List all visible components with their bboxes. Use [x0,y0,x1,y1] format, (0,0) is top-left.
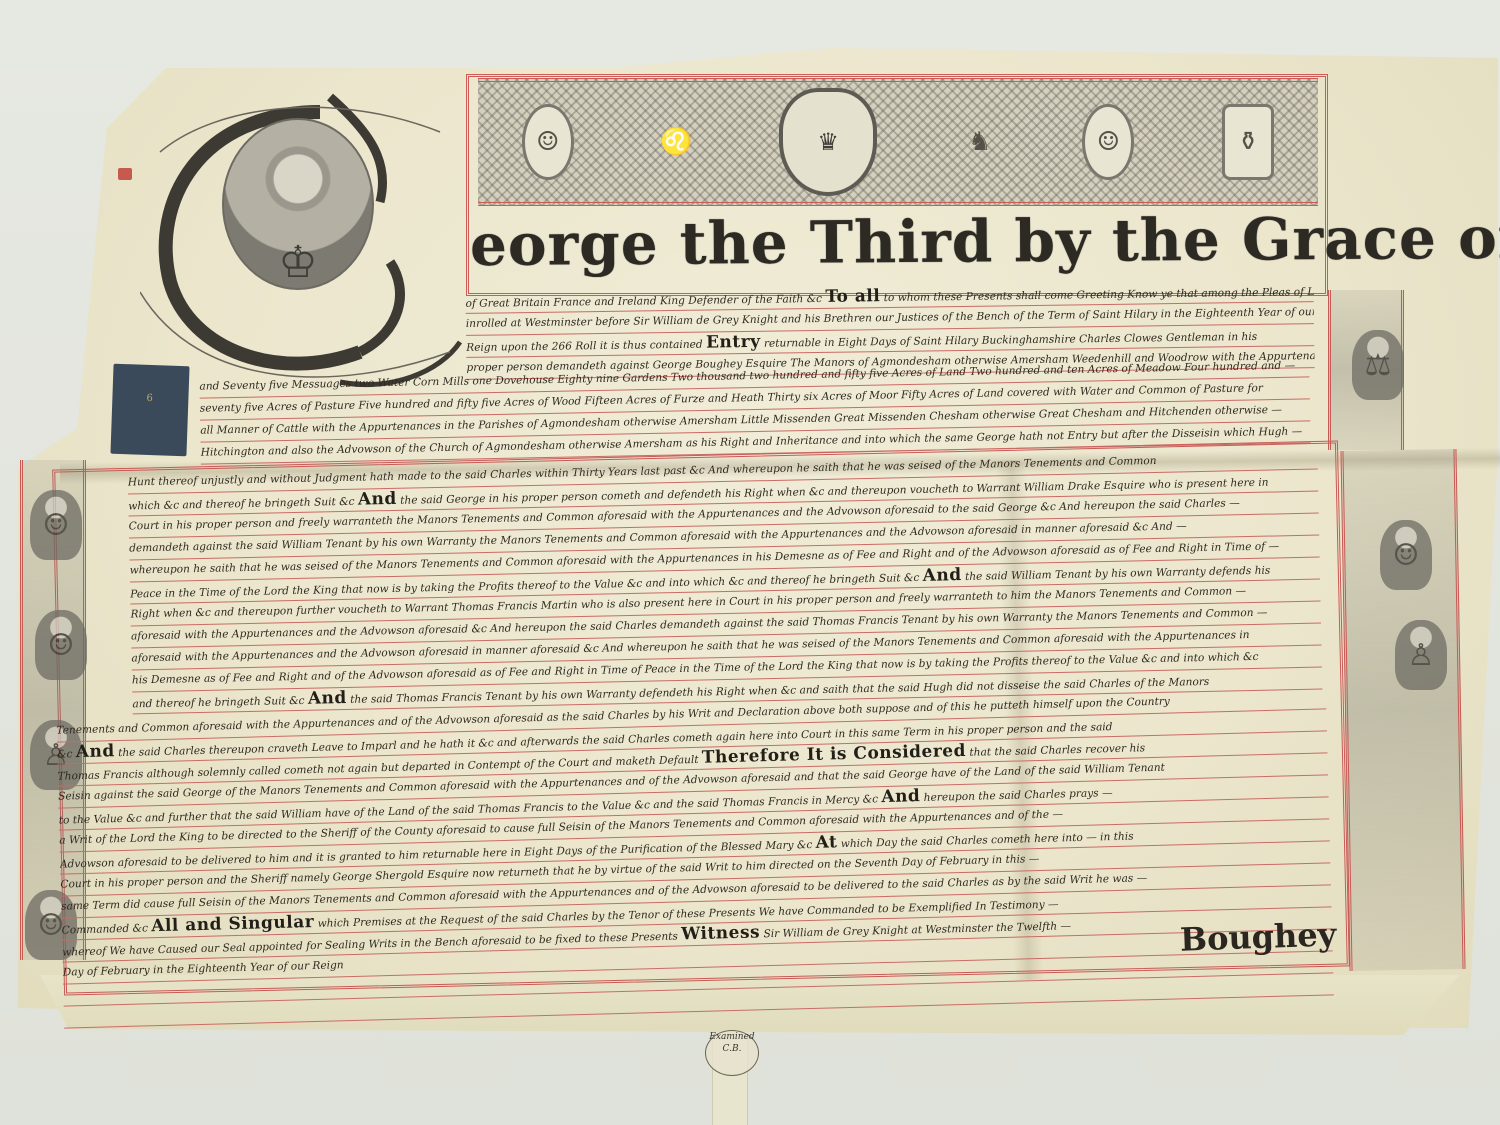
crown-icon: ♛ [817,128,839,156]
cherub-icon: ☺ [30,490,82,560]
clerk-signature: Boughey [1179,915,1336,958]
examined-docket-stamp: Examined C.B. [705,1030,759,1076]
lion-icon: ♌ [661,107,691,177]
engraved-header-frieze: ☺ ♌ ♛ ♞ ☺ ⚱ [478,78,1318,206]
figure-justice-icon: ⚖ [1352,330,1404,400]
bust-portrait-icon: ☺ [1380,520,1432,590]
text-block-judgment: Tenements and Common aforesaid with the … [56,687,1334,1028]
standing-figure-icon: ♙ [1395,620,1447,690]
portrait-icon: ♔ [278,237,317,288]
urn-icon: ⚱ [1222,104,1274,180]
unicorn-icon: ♞ [965,107,995,177]
document-title: eorge the Third by the Grace of God [470,205,1330,281]
blue-seal-tab: 6 [110,364,189,457]
red-wax-fragment [118,168,132,180]
king-portrait-medallion: ♔ [222,118,374,290]
text-block-pleadings: Hunt thereof unjustly and without Judgme… [128,448,1323,715]
bust-icon: ☺ [522,104,574,180]
bust-portrait-icon: ☺ [35,610,87,680]
royal-arms-crest: ♛ [779,88,877,196]
bust-icon: ☺ [1082,104,1134,180]
